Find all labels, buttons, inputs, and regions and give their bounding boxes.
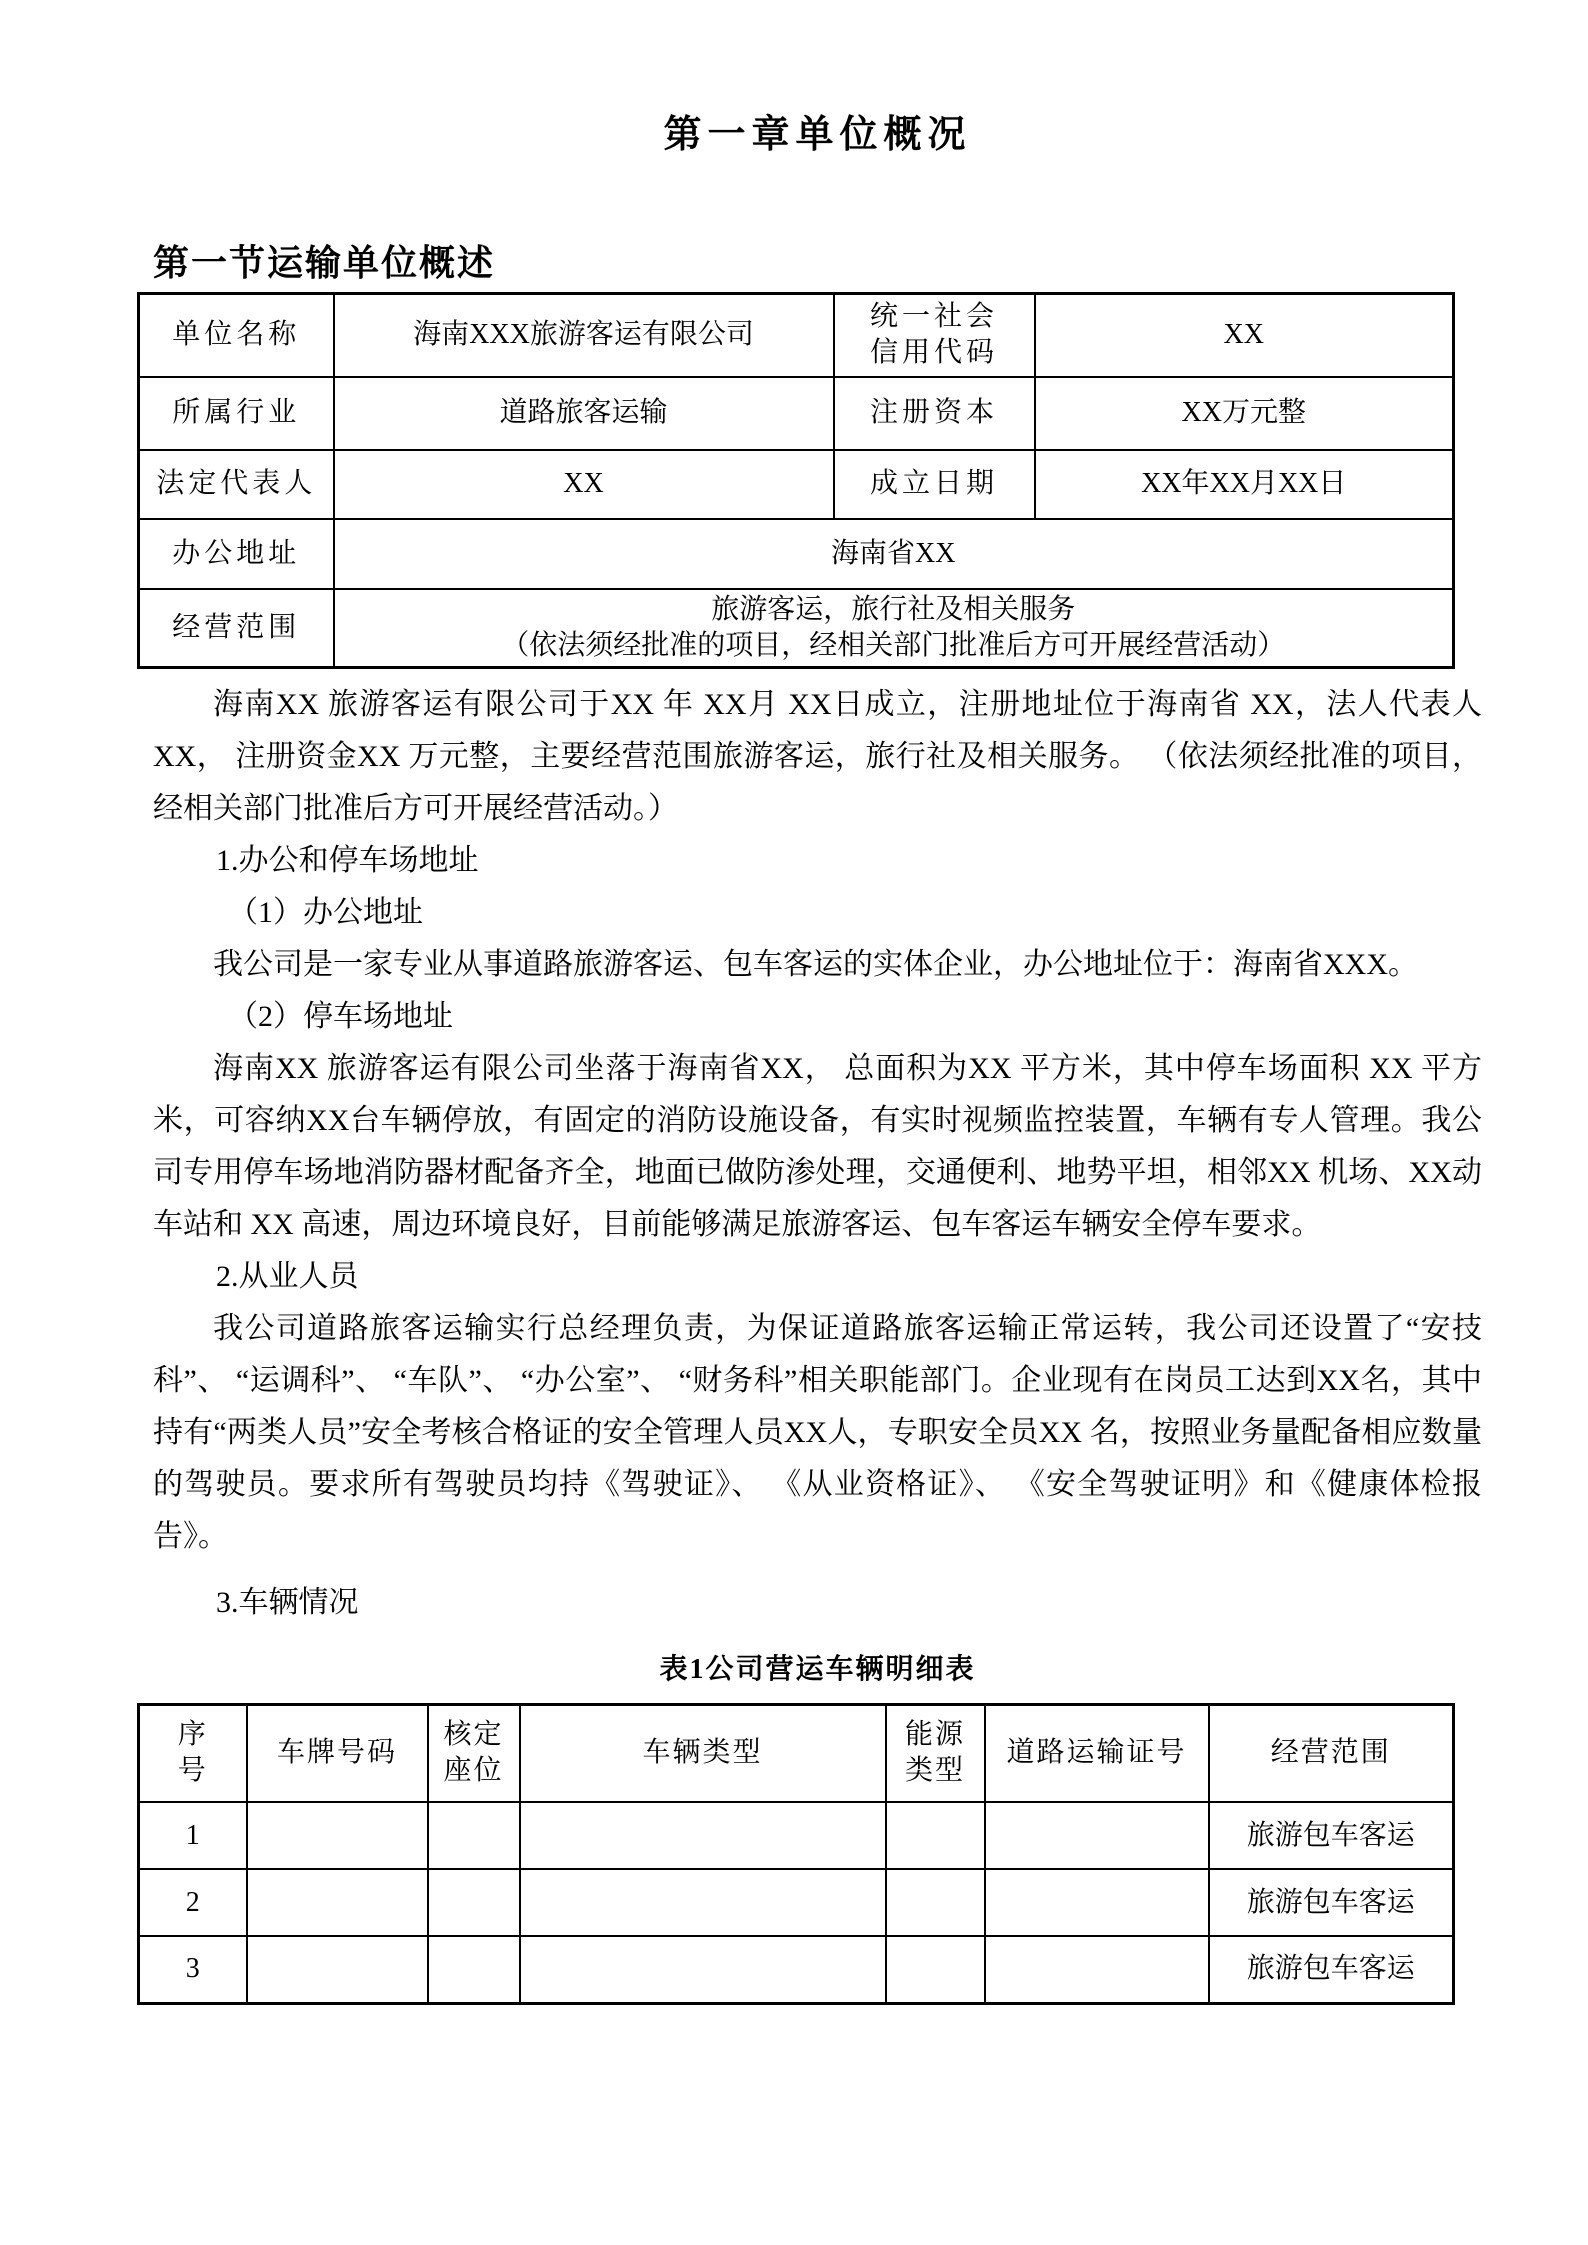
vehicle-business-scope: 旅游包车客运 — [1209, 1869, 1454, 1936]
item1-subheading-parking: （2）停车场地址 — [153, 991, 1482, 1043]
col-header-business-scope: 经营范围 — [1209, 1704, 1454, 1802]
paragraph-parking-lot: 海南XX 旅游客运有限公司坐落于海南省XX， 总面积为XX 平方米，其中停车场面… — [153, 1043, 1482, 1251]
info-label-legal-representative: 法定代表人 — [139, 450, 334, 519]
item1-heading: 1.办公和停车场地址 — [153, 835, 1482, 887]
info-label-office-address: 办公地址 — [139, 519, 334, 589]
vehicle-serial-no: 1 — [139, 1802, 247, 1869]
vehicle-business-scope: 旅游包车客运 — [1209, 1936, 1454, 2003]
vehicle-row-3: 3 旅游包车客运 — [139, 1936, 1454, 2003]
vehicle-serial-no: 3 — [139, 1936, 247, 2003]
vehicle-business-scope: 旅游包车客运 — [1209, 1802, 1454, 1869]
item2-heading: 2.从业人员 — [153, 1251, 1482, 1303]
info-row-office-address: 办公地址 海南省XX — [139, 519, 1454, 589]
info-label-registered-capital: 注册资本 — [834, 377, 1035, 450]
info-value-company-name: 海南XXX旅游客运有限公司 — [334, 294, 834, 377]
vehicle-type — [520, 1802, 886, 1869]
info-value-founding-date: XX年XX月XX日 — [1035, 450, 1454, 519]
vehicle-type — [520, 1869, 886, 1936]
col-header-vehicle-type: 车辆类型 — [520, 1704, 886, 1802]
vehicle-row-2: 2 旅游包车客运 — [139, 1869, 1454, 1936]
vehicle-energy-type — [886, 1936, 985, 2003]
info-label-industry: 所属行业 — [139, 377, 334, 450]
vehicle-type — [520, 1936, 886, 2003]
vehicle-plate-number — [247, 1936, 428, 2003]
info-row-legal-representative: 法定代表人 XX 成立日期 XX年XX月XX日 — [139, 450, 1454, 519]
item1-subheading-office: （1）办公地址 — [153, 887, 1482, 939]
section-heading: 第一节运输单位概述 — [153, 242, 1482, 284]
vehicle-road-transport-license — [985, 1869, 1209, 1936]
vehicle-plate-number — [247, 1869, 428, 1936]
vehicle-serial-no: 2 — [139, 1869, 247, 1936]
col-header-plate-number: 车牌号码 — [247, 1704, 428, 1802]
col-header-energy-type: 能源 类型 — [886, 1704, 985, 1802]
vehicle-approved-seats — [428, 1936, 520, 2003]
vehicle-approved-seats — [428, 1802, 520, 1869]
item3-heading: 3.车辆情况 — [153, 1577, 1482, 1629]
paragraph-company-intro: 海南XX 旅游客运有限公司于XX 年 XX月 XX日成立，注册地址位于海南省 X… — [153, 679, 1482, 835]
vehicle-approved-seats — [428, 1869, 520, 1936]
info-label-business-scope: 经营范围 — [139, 589, 334, 668]
info-value-credit-code: XX — [1035, 294, 1454, 377]
info-row-company-name: 单位名称 海南XXX旅游客运有限公司 统一社会 信用代码 XX — [139, 294, 1454, 377]
vehicle-row-1: 1 旅游包车客运 — [139, 1802, 1454, 1869]
info-value-business-scope: 旅游客运，旅行社及相关服务 （依法须经批准的项目，经相关部门批准后方可开展经营活… — [334, 589, 1454, 668]
info-row-industry: 所属行业 道路旅客运输 注册资本 XX万元整 — [139, 377, 1454, 450]
vehicle-road-transport-license — [985, 1802, 1209, 1869]
vehicle-table-caption: 表1公司营运车辆明细表 — [153, 1653, 1482, 1687]
info-value-industry: 道路旅客运输 — [334, 377, 834, 450]
info-value-office-address: 海南省XX — [334, 519, 1454, 589]
paragraph-office-address: 我公司是一家专业从事道路旅游客运、包车客运的实体企业，办公地址位于：海南省XXX… — [153, 939, 1482, 991]
chapter-title: 第一章单位概况 — [153, 112, 1482, 158]
info-label-founding-date: 成立日期 — [834, 450, 1035, 519]
vehicle-table: 序 号 车牌号码 核定 座位 车辆类型 能源 类型 道路运输证号 经营范围 1 … — [137, 1703, 1455, 2005]
document-page: 第一章单位概况 第一节运输单位概述 单位名称 海南XXX旅游客运有限公司 统一社… — [0, 0, 1588, 2245]
company-info-table: 单位名称 海南XXX旅游客运有限公司 统一社会 信用代码 XX 所属行业 道路旅… — [137, 292, 1455, 669]
vehicle-table-header-row: 序 号 车牌号码 核定 座位 车辆类型 能源 类型 道路运输证号 经营范围 — [139, 1704, 1454, 1802]
vehicle-energy-type — [886, 1869, 985, 1936]
vehicle-plate-number — [247, 1802, 428, 1869]
info-label-credit-code: 统一社会 信用代码 — [834, 294, 1035, 377]
vehicle-road-transport-license — [985, 1936, 1209, 2003]
info-label-company-name: 单位名称 — [139, 294, 334, 377]
vehicle-energy-type — [886, 1802, 985, 1869]
paragraph-staff: 我公司道路旅客运输实行总经理负责，为保证道路旅客运输正常运转，我公司还设置了“安… — [153, 1303, 1482, 1563]
col-header-approved-seats: 核定 座位 — [428, 1704, 520, 1802]
info-row-business-scope: 经营范围 旅游客运，旅行社及相关服务 （依法须经批准的项目，经相关部门批准后方可… — [139, 589, 1454, 668]
col-header-serial-no: 序 号 — [139, 1704, 247, 1802]
info-value-legal-representative: XX — [334, 450, 834, 519]
info-value-registered-capital: XX万元整 — [1035, 377, 1454, 450]
col-header-road-transport-license: 道路运输证号 — [985, 1704, 1209, 1802]
